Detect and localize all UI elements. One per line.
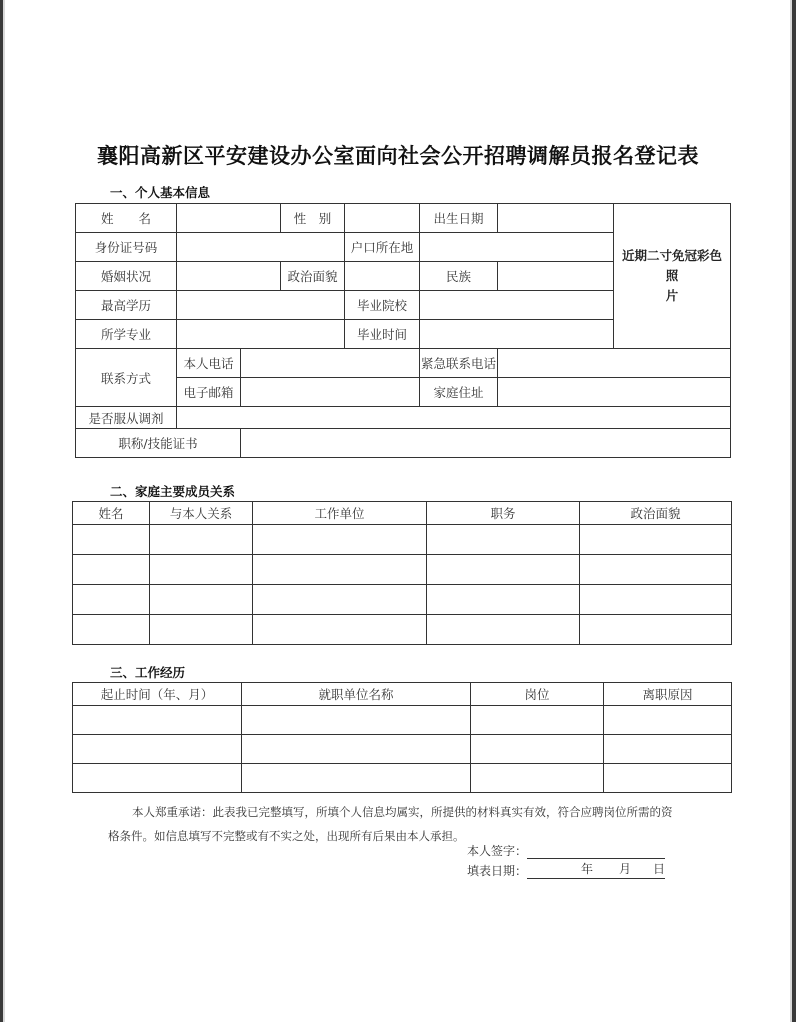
id-number-field[interactable] — [177, 233, 345, 262]
certificate-field[interactable] — [241, 429, 731, 458]
family-cell[interactable] — [73, 615, 150, 645]
date-field[interactable]: 年月日 — [527, 864, 665, 879]
family-cell[interactable] — [580, 615, 732, 645]
label-id-number: 身份证号码 — [76, 233, 177, 262]
work-cell[interactable] — [604, 764, 732, 793]
work-cell[interactable] — [73, 764, 242, 793]
label-email: 电子邮箱 — [177, 378, 241, 407]
signature-label: 本人签字： — [467, 844, 527, 858]
family-cell[interactable] — [73, 585, 150, 615]
promise-statement: 本人郑重承诺：此表我已完整填写，所填个人信息均属实，所提供的材料真实有效，符合应… — [108, 800, 720, 848]
family-cell[interactable] — [150, 585, 253, 615]
label-phone: 本人电话 — [177, 349, 241, 378]
family-row — [73, 555, 732, 585]
label-emergency-phone: 紧急联系电话 — [420, 349, 498, 378]
day-label: 日 — [653, 860, 665, 877]
family-header-position: 职务 — [427, 502, 580, 525]
family-header-political: 政治面貌 — [580, 502, 732, 525]
family-row — [73, 525, 732, 555]
school-field[interactable] — [420, 291, 614, 320]
work-header-post: 岗位 — [471, 683, 604, 706]
family-row — [73, 615, 732, 645]
label-school: 毕业院校 — [345, 291, 420, 320]
family-cell[interactable] — [150, 555, 253, 585]
section-work-heading: 三、工作经历 — [110, 663, 185, 681]
family-cell[interactable] — [427, 555, 580, 585]
grad-time-field[interactable] — [420, 320, 614, 349]
section-family-heading: 二、家庭主要成员关系 — [110, 482, 235, 500]
email-field[interactable] — [241, 378, 420, 407]
work-row — [73, 764, 732, 793]
photo-label-line3: 片 — [614, 286, 730, 306]
hukou-field[interactable] — [420, 233, 614, 262]
year-label: 年 — [581, 860, 593, 877]
label-ethnicity: 民族 — [420, 262, 498, 291]
label-marital: 婚姻状况 — [76, 262, 177, 291]
work-history-table: 起止时间（年、月） 就职单位名称 岗位 离职原因 — [72, 682, 732, 793]
political-field[interactable] — [345, 262, 420, 291]
family-cell[interactable] — [427, 615, 580, 645]
work-cell[interactable] — [242, 706, 471, 735]
birth-field[interactable] — [498, 204, 614, 233]
label-major: 所学专业 — [76, 320, 177, 349]
marital-field[interactable] — [177, 262, 281, 291]
work-cell[interactable] — [242, 735, 471, 764]
work-cell[interactable] — [604, 706, 732, 735]
family-cell[interactable] — [580, 555, 732, 585]
date-row: 填表日期：年月日 — [467, 862, 665, 879]
major-field[interactable] — [177, 320, 345, 349]
family-cell[interactable] — [253, 585, 427, 615]
family-table: 姓名 与本人关系 工作单位 职务 政治面貌 — [72, 501, 732, 645]
family-cell[interactable] — [427, 585, 580, 615]
work-cell[interactable] — [73, 735, 242, 764]
work-cell[interactable] — [73, 706, 242, 735]
family-row — [73, 585, 732, 615]
label-gender: 性 别 — [281, 204, 345, 233]
label-certificate: 职称/技能证书 — [76, 429, 241, 458]
photo-box[interactable]: 近期二寸免冠彩色 照 片 — [614, 204, 731, 349]
work-header-period: 起止时间（年、月） — [73, 683, 242, 706]
work-cell[interactable] — [471, 706, 604, 735]
gender-field[interactable] — [345, 204, 420, 233]
emergency-phone-field[interactable] — [498, 349, 731, 378]
family-header-employer: 工作单位 — [253, 502, 427, 525]
work-row — [73, 706, 732, 735]
name-field[interactable] — [177, 204, 281, 233]
label-hukou: 户口所在地 — [345, 233, 420, 262]
work-cell[interactable] — [604, 735, 732, 764]
label-address: 家庭住址 — [420, 378, 498, 407]
family-header-relation: 与本人关系 — [150, 502, 253, 525]
address-field[interactable] — [498, 378, 731, 407]
family-cell[interactable] — [580, 525, 732, 555]
photo-label-line1: 近期二寸免冠彩色 — [614, 246, 730, 266]
label-contact: 联系方式 — [76, 349, 177, 407]
label-birth: 出生日期 — [420, 204, 498, 233]
education-field[interactable] — [177, 291, 345, 320]
obey-assignment-field[interactable] — [177, 407, 731, 429]
family-header-name: 姓名 — [73, 502, 150, 525]
work-row — [73, 735, 732, 764]
work-cell[interactable] — [471, 735, 604, 764]
label-political: 政治面貌 — [281, 262, 345, 291]
label-name: 姓 名 — [76, 204, 177, 233]
family-cell[interactable] — [253, 555, 427, 585]
signature-field[interactable] — [527, 844, 665, 859]
family-cell[interactable] — [150, 615, 253, 645]
work-cell[interactable] — [242, 764, 471, 793]
label-education: 最高学历 — [76, 291, 177, 320]
family-cell[interactable] — [73, 525, 150, 555]
phone-field[interactable] — [241, 349, 420, 378]
label-obey-assignment: 是否服从调剂 — [76, 407, 177, 429]
family-cell[interactable] — [580, 585, 732, 615]
family-cell[interactable] — [73, 555, 150, 585]
work-header-leave-reason: 离职原因 — [604, 683, 732, 706]
family-cell[interactable] — [427, 525, 580, 555]
family-cell[interactable] — [253, 615, 427, 645]
work-header-employer: 就职单位名称 — [242, 683, 471, 706]
work-cell[interactable] — [471, 764, 604, 793]
form-title: 襄阳高新区平安建设办公室面向社会公开招聘调解员报名登记表 — [0, 140, 796, 170]
ethnicity-field[interactable] — [498, 262, 614, 291]
promise-line-1: 本人郑重承诺：此表我已完整填写，所填个人信息均属实，所提供的材料真实有效，符合应… — [108, 800, 720, 824]
family-cell[interactable] — [253, 525, 427, 555]
signature-row: 本人签字： — [467, 842, 665, 859]
label-grad-time: 毕业时间 — [345, 320, 420, 349]
month-label: 月 — [619, 860, 631, 877]
personal-info-table: 姓 名 性 别 出生日期 近期二寸免冠彩色 照 片 身份证号码 户口所在地 婚姻… — [75, 203, 731, 458]
family-cell[interactable] — [150, 525, 253, 555]
section-personal-heading: 一、个人基本信息 — [110, 183, 210, 201]
photo-label-line2: 照 — [614, 266, 730, 286]
date-label: 填表日期： — [467, 864, 527, 878]
